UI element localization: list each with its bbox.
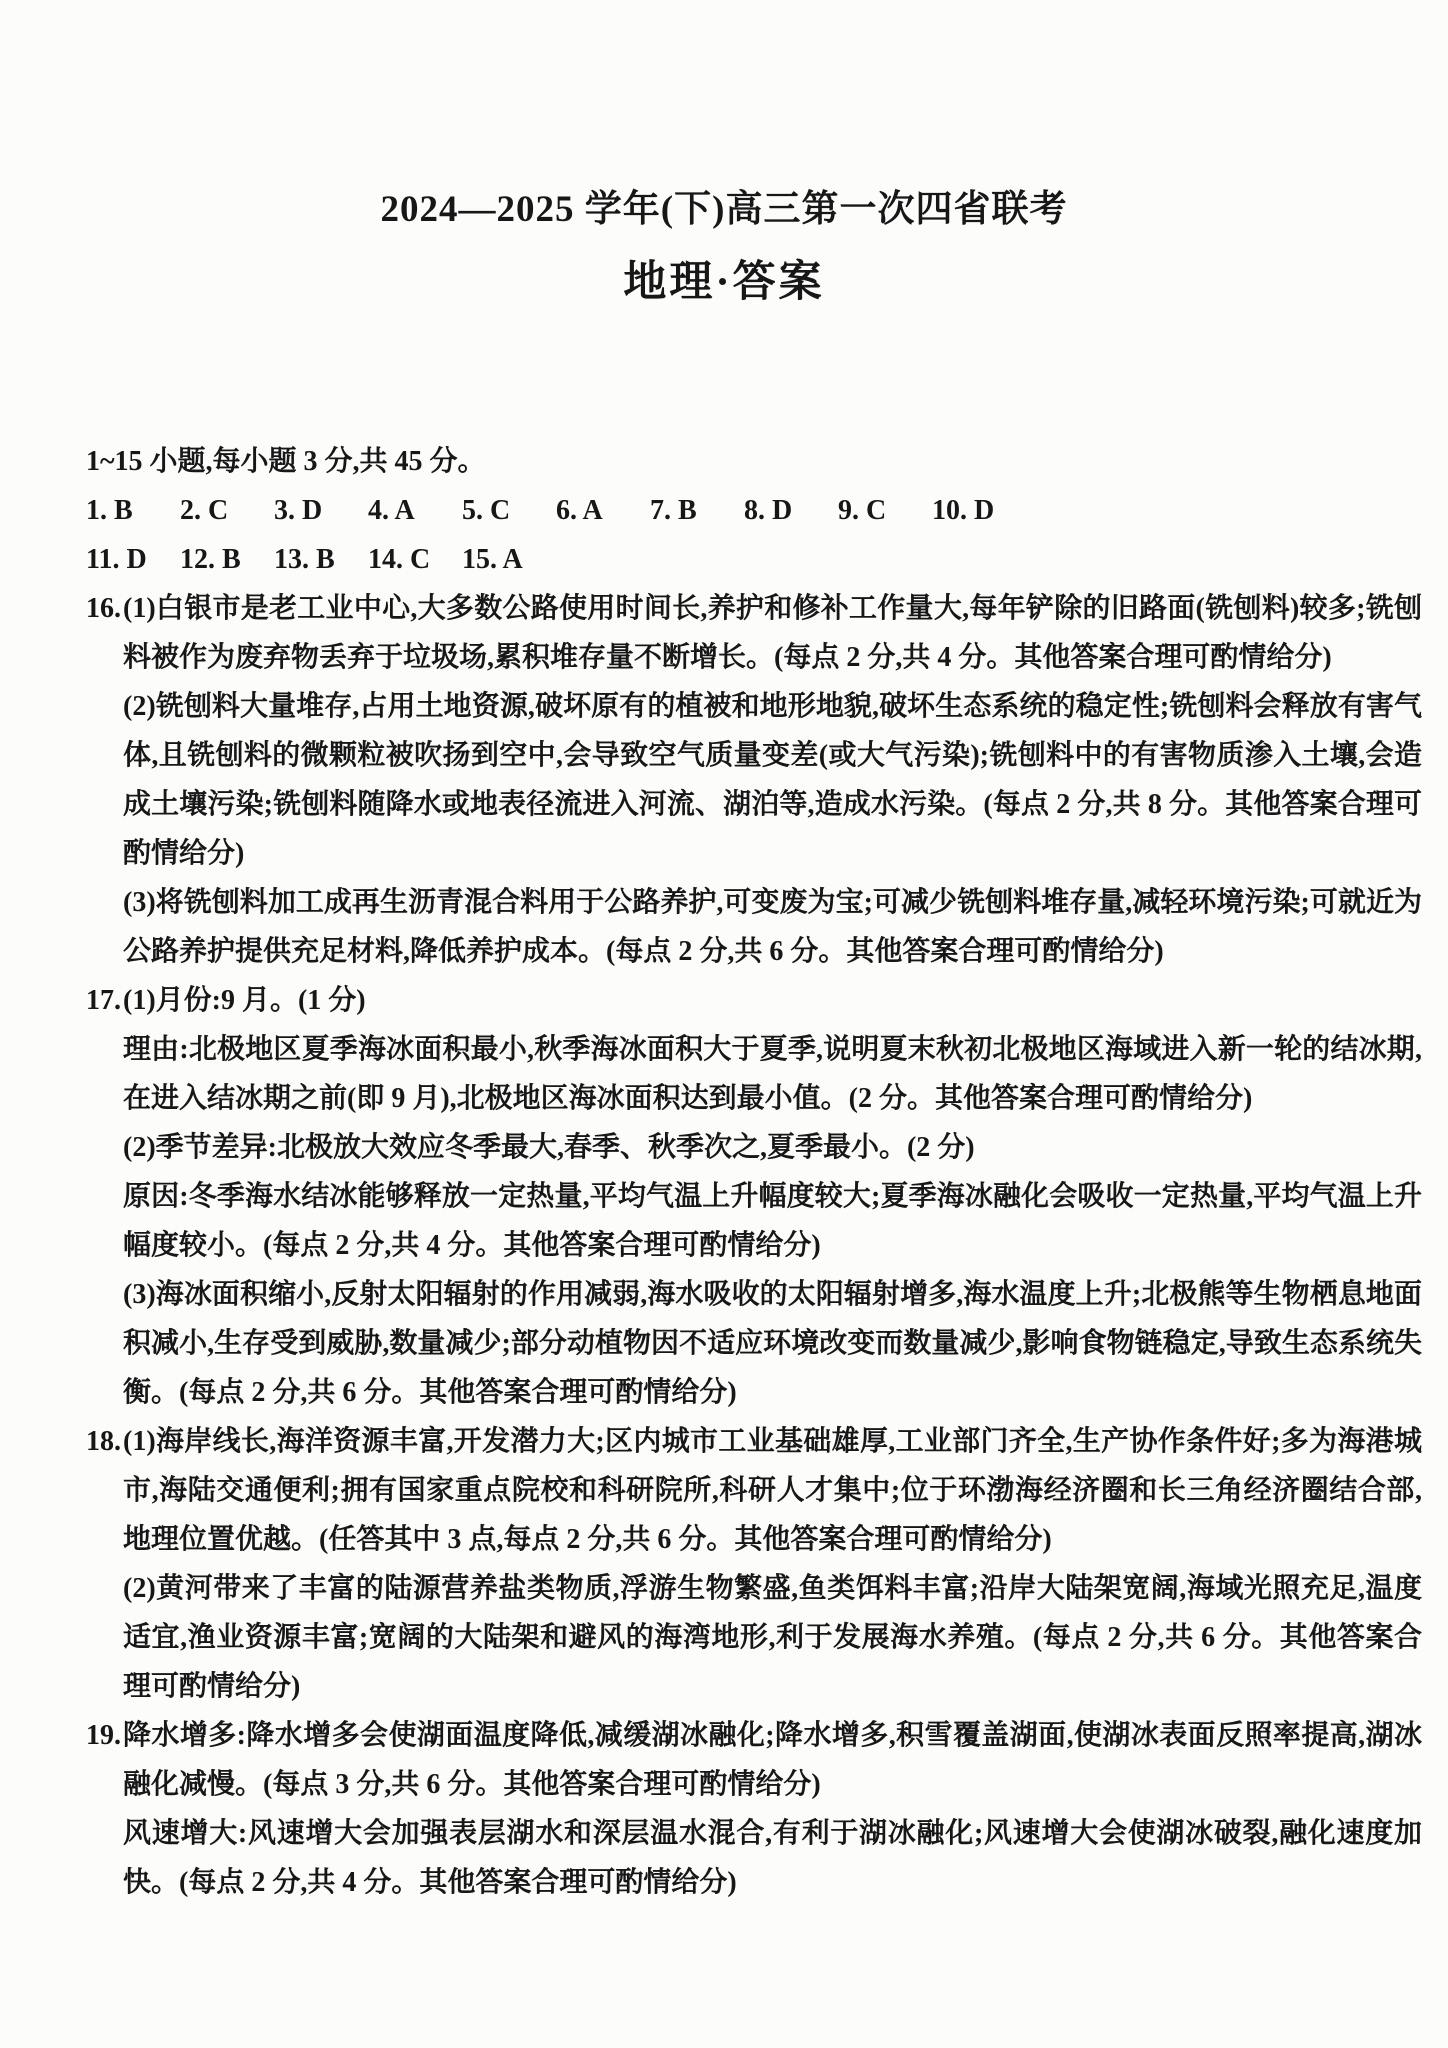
mc-answer-1: 1. B	[86, 486, 180, 535]
free-response-answers: 16.(1)白银市是老工业中心,大多数公路使用时间长,养护和修补工作量大,每年铲…	[86, 584, 1422, 1907]
mc-answer-8: 8. D	[744, 486, 838, 535]
mc-answer-15: 15. A	[462, 535, 556, 584]
mc-answers-row-1: 1. B2. C3. D4. A5. C6. A7. B8. D9. C10. …	[86, 486, 1422, 535]
answer-paragraph: (1)月份:9 月。(1 分)	[123, 976, 1422, 1025]
mc-answer-6: 6. A	[556, 486, 650, 535]
mc-answer-11: 11. D	[86, 535, 180, 584]
question-16: 16.(1)白银市是老工业中心,大多数公路使用时间长,养护和修补工作量大,每年铲…	[86, 584, 1422, 976]
answer-paragraph: (2)季节差异:北极放大效应冬季最大,春季、秋季次之,夏季最小。(2 分)	[123, 1123, 1422, 1172]
mc-section-note: 1~15 小题,每小题 3 分,共 45 分。	[86, 437, 1422, 486]
mc-answer-5: 5. C	[462, 486, 556, 535]
question-number: 16.	[86, 584, 121, 633]
mc-answer-2: 2. C	[180, 486, 274, 535]
answer-paragraph: 风速增大:风速增大会加强表层湖水和深层温水混合,有利于湖冰融化;风速增大会使湖冰…	[123, 1809, 1422, 1907]
answer-paragraph: (2)黄河带来了丰富的陆源营养盐类物质,浮游生物繁盛,鱼类饵料丰富;沿岸大陆架宽…	[123, 1564, 1422, 1711]
mc-answer-7: 7. B	[650, 486, 744, 535]
answer-paragraph: 原因:冬季海水结冰能够释放一定热量,平均气温上升幅度较大;夏季海冰融化会吸收一定…	[123, 1172, 1422, 1270]
mc-answer-14: 14. C	[368, 535, 462, 584]
mc-answer-10: 10. D	[932, 486, 1026, 535]
answer-content: 1~15 小题,每小题 3 分,共 45 分。 1. B2. C3. D4. A…	[86, 437, 1422, 1907]
answer-paragraph: 降水增多:降水增多会使湖面温度降低,减缓湖冰融化;降水增多,积雪覆盖湖面,使湖冰…	[123, 1711, 1422, 1809]
mc-answers-row-2: 11. D12. B13. B14. C15. A	[86, 535, 1422, 584]
question-number: 18.	[86, 1417, 121, 1466]
mc-answer-9: 9. C	[838, 486, 932, 535]
question-17: 17.(1)月份:9 月。(1 分)理由:北极地区夏季海冰面积最小,秋季海冰面积…	[86, 976, 1422, 1417]
document-page: 2024—2025 学年(下)高三第一次四省联考 地理·答案 1~15 小题,每…	[0, 0, 1448, 2048]
answer-paragraph: (3)海冰面积缩小,反射太阳辐射的作用减弱,海水吸收的太阳辐射增多,海水温度上升…	[123, 1270, 1422, 1417]
answer-paragraph: (1)白银市是老工业中心,大多数公路使用时间长,养护和修补工作量大,每年铲除的旧…	[123, 584, 1422, 682]
exam-title: 2024—2025 学年(下)高三第一次四省联考	[0, 178, 1448, 232]
mc-answer-13: 13. B	[274, 535, 368, 584]
answer-paragraph: (1)海岸线长,海洋资源丰富,开发潜力大;区内城市工业基础雄厚,工业部门齐全,生…	[123, 1417, 1422, 1564]
question-19: 19.降水增多:降水增多会使湖面温度降低,减缓湖冰融化;降水增多,积雪覆盖湖面,…	[86, 1711, 1422, 1907]
mc-answer-3: 3. D	[274, 486, 368, 535]
question-number: 17.	[86, 976, 121, 1025]
question-18: 18.(1)海岸线长,海洋资源丰富,开发潜力大;区内城市工业基础雄厚,工业部门齐…	[86, 1417, 1422, 1711]
mc-answer-12: 12. B	[180, 535, 274, 584]
question-number: 19.	[86, 1711, 121, 1760]
mc-answer-4: 4. A	[368, 486, 462, 535]
answer-paragraph: 理由:北极地区夏季海冰面积最小,秋季海冰面积大于夏季,说明夏末秋初北极地区海域进…	[123, 1025, 1422, 1123]
subject-answer-heading: 地理·答案	[0, 248, 1448, 309]
answer-paragraph: (2)铣刨料大量堆存,占用土地资源,破坏原有的植被和地形地貌,破坏生态系统的稳定…	[123, 682, 1422, 878]
answer-paragraph: (3)将铣刨料加工成再生沥青混合料用于公路养护,可变废为宝;可减少铣刨料堆存量,…	[123, 878, 1422, 976]
